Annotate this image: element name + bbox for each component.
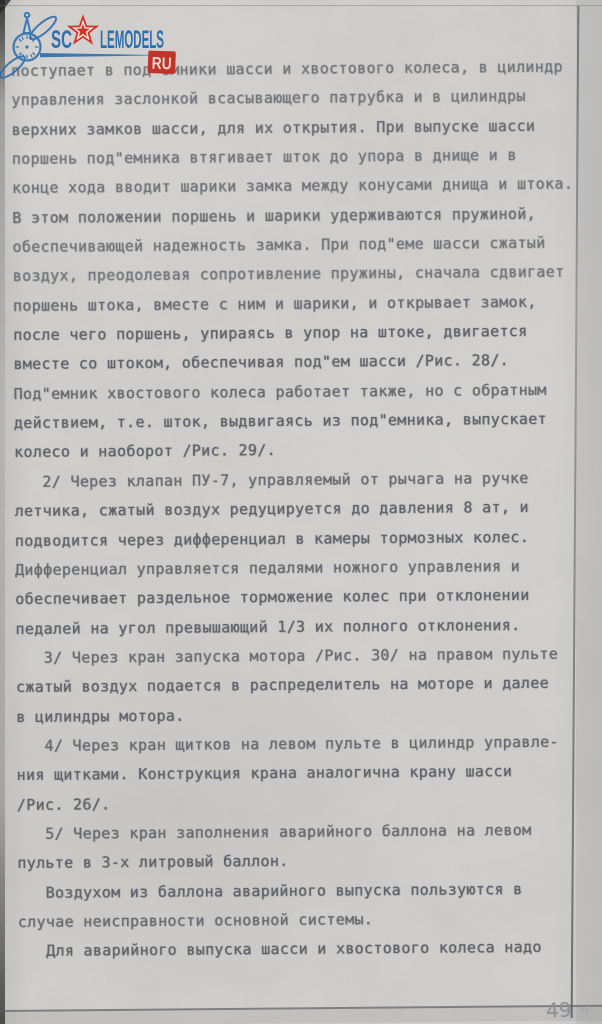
text-line: летчика, сжатый воздух редуцируется до д… bbox=[14, 493, 600, 527]
text-line: верхних замков шасси, для их открытия. П… bbox=[11, 111, 597, 145]
scanned-page: SC LEMODELS RU поступает в под"емники ша… bbox=[0, 0, 602, 1024]
text-line: 5/ Через кран заполнения аварийного балл… bbox=[17, 815, 602, 849]
text-line: /Рис. 26/. bbox=[17, 786, 602, 820]
text-line: обеспечивающей надежность замка. При под… bbox=[12, 228, 598, 262]
page-number: 49 bbox=[546, 998, 572, 1023]
text-line: поршень штока, вместе с ним и шарики, и … bbox=[13, 287, 599, 321]
text-line: после чего поршень, упираясь в упор на ш… bbox=[13, 316, 599, 350]
margin-pencil-mark: м bbox=[579, 1002, 590, 1018]
text-line: сжатый воздух подается в распределитель … bbox=[16, 669, 602, 703]
text-line: Воздухом из баллона аварийного выпуска п… bbox=[17, 874, 602, 908]
text-line: 2/ Через клапан ПУ-7, управляемый от рыч… bbox=[14, 463, 600, 497]
text-line: колесо и наоборот /Рис. 29/. bbox=[14, 434, 600, 468]
text-line: воздух, преодолевая сопротивление пружин… bbox=[13, 258, 599, 292]
logo-brand-suffix: LEMODELS bbox=[100, 26, 164, 54]
logo-domain-label: RU bbox=[151, 54, 172, 74]
ru-domain-badge: RU bbox=[148, 51, 176, 74]
text-line: конце хода вводит шарики замка между кон… bbox=[12, 170, 598, 204]
text-line: в цилиндры мотора. bbox=[16, 698, 602, 732]
text-line: В этом положении поршень и шарики удержи… bbox=[12, 199, 598, 233]
text-line: Дифференциал управляется педалями ножног… bbox=[15, 551, 601, 585]
text-line: Под"емник хвостового колеса работает так… bbox=[14, 375, 600, 409]
typewritten-text: поступает в под"емники шасси и хвостовог… bbox=[11, 52, 602, 966]
text-line: 4/ Через кран щитков на левом пульте в ц… bbox=[16, 727, 602, 761]
scalemodels-logo: SC LEMODELS RU bbox=[0, 2, 200, 92]
scan-left-edge bbox=[0, 0, 5, 1024]
text-line: действием, т.е. шток, выдвигаясь из под"… bbox=[14, 405, 600, 439]
text-line: Для аварийного выпуска шасси и хвостовог… bbox=[18, 933, 602, 967]
text-line: подводится через дифференциал в камеры т… bbox=[15, 522, 601, 556]
text-line: педалей на угол превышающий 1/3 их полно… bbox=[15, 610, 601, 644]
text-line: ния щитками. Конструкция крана аналогичн… bbox=[17, 757, 602, 791]
text-line: пульте в 3-х литровый баллон. bbox=[17, 845, 602, 879]
text-line: вместе со штоком, обеспечивая под"ем шас… bbox=[13, 346, 599, 380]
text-line: случае неисправности основной системы. bbox=[18, 903, 602, 937]
logo-brand-prefix: SC bbox=[51, 26, 72, 54]
text-line: обеспечивает раздельное торможение колес… bbox=[15, 581, 601, 615]
text-line: поршень под"емника втягивает шток до упо… bbox=[12, 140, 598, 174]
text-line: 3/ Через кран запуска мотора /Рис. 30/ н… bbox=[16, 639, 602, 673]
